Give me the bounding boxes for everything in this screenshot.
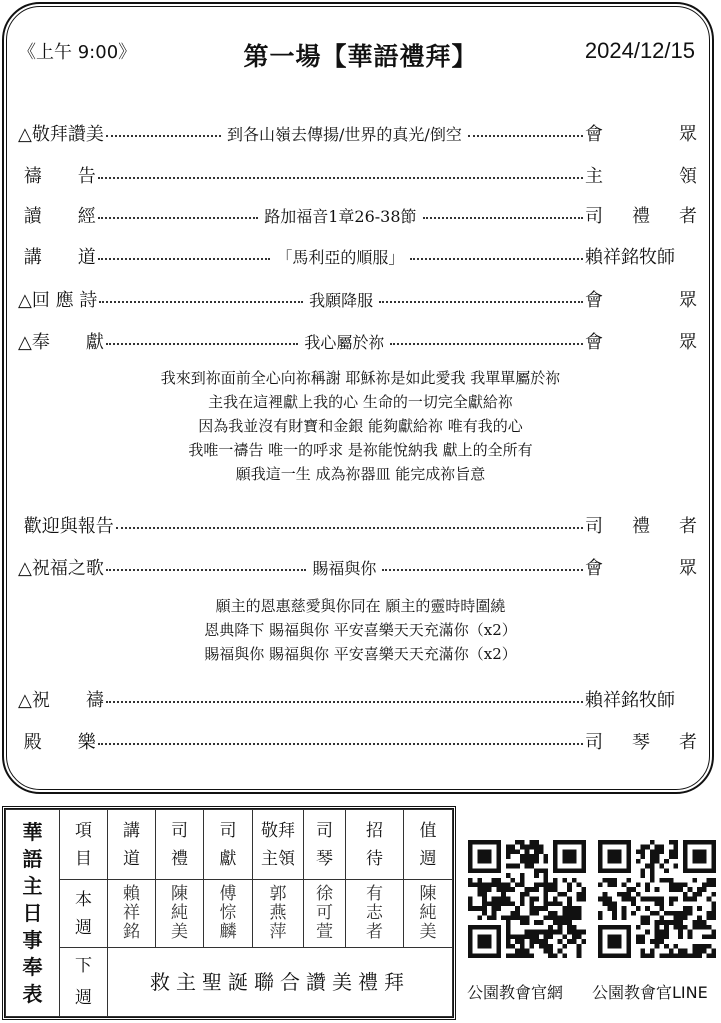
duty-name-cell: 徐可萱	[304, 880, 346, 948]
line-qr-label: 公園教會官LINE	[592, 980, 708, 1003]
order-item-label: △祝 禱	[18, 686, 104, 712]
order-item-label: 殿 樂	[18, 728, 96, 754]
leader-dots: 賜福與你	[106, 556, 583, 579]
duty-name-cell: 賴祥銘	[108, 880, 156, 948]
order-item-leader: 司禮者	[585, 202, 697, 228]
order-item-label: 讀 經	[18, 202, 96, 228]
offering-lyrics: 我來到祢面前全心向祢稱謝 耶穌祢是如此愛我 我單單屬於祢 主我在這裡獻上我的心 …	[0, 366, 721, 486]
leader-dots: 到各山嶺去傳揚/世界的真光/倒空	[106, 122, 583, 145]
leader-char: 會	[585, 120, 603, 146]
item-header: 項目	[60, 810, 108, 880]
order-item-leader: 賴祥銘牧師	[585, 686, 697, 712]
leader-dots: 路加福音1章26-38節	[98, 204, 583, 227]
order-item-content: 到各山嶺去傳揚/世界的真光/倒空	[221, 122, 468, 145]
leader-char: 琴	[632, 728, 650, 754]
order-item-label: 講 道	[18, 243, 96, 269]
leader-char: 禮	[632, 512, 650, 538]
leader-char: 者	[679, 202, 697, 228]
order-item-label: △祝福之歌	[18, 554, 104, 580]
order-item-leader: 賴祥銘牧師	[585, 243, 697, 269]
order-item: 讀 經路加福音1章26-38節司禮者	[18, 200, 697, 230]
role-header: 招待	[346, 810, 404, 880]
lyric-line: 賜福與你 賜福與你 平安喜樂天天充滿你（x2）	[0, 642, 721, 666]
line-qr-code[interactable]	[598, 840, 716, 958]
leader-char: 司	[585, 512, 603, 538]
leader-char: 賴祥銘牧師	[585, 243, 675, 269]
order-item: 殿 樂司琴者	[18, 726, 697, 756]
website-qr-code[interactable]	[468, 840, 586, 958]
leader-char: 賴祥銘牧師	[585, 686, 675, 712]
leader-char: 司	[585, 728, 603, 754]
leader-char: 者	[679, 512, 697, 538]
order-item: 講 道「馬利亞的順服」賴祥銘牧師	[18, 241, 697, 271]
leader-char: 眾	[679, 120, 697, 146]
leader-char: 會	[585, 328, 603, 354]
order-item-content: 「馬利亞的順服」	[270, 245, 410, 268]
role-header: 敬拜主領	[253, 810, 304, 880]
leader-char: 禮	[632, 202, 650, 228]
order-item: △敬拜讚美到各山嶺去傳揚/世界的真光/倒空會眾	[18, 118, 697, 148]
leader-char: 會	[585, 286, 603, 312]
order-item-content: 我心屬於祢	[298, 330, 390, 353]
order-item: 歡迎與報告司禮者	[18, 510, 697, 540]
leader-char: 者	[679, 728, 697, 754]
duty-name-cell: 陳純美	[156, 880, 204, 948]
order-item-leader: 司琴者	[585, 728, 697, 754]
order-item: △回 應 詩我願降服會眾	[18, 284, 697, 314]
next-week-label: 下週	[60, 948, 108, 1017]
lyric-line: 恩典降下 賜福與你 平安喜樂天天充滿你（x2）	[0, 618, 721, 642]
next-week-note: 救主聖誕聯合讚美禮拜	[108, 948, 453, 1017]
order-item-content: 路加福音1章26-38節	[258, 204, 422, 227]
order-item-label: 禱 告	[18, 162, 96, 188]
leader-char: 眾	[679, 286, 697, 312]
role-header: 司禮	[156, 810, 204, 880]
duty-name-cell: 有志者	[346, 880, 404, 948]
lyric-line: 願我這一生 成為祢器皿 能完成祢旨意	[0, 462, 721, 486]
role-header: 值週	[404, 810, 453, 880]
lyric-line: 因為我並沒有財寶和金銀 能夠獻給祢 唯有我的心	[0, 414, 721, 438]
lyric-line: 我來到祢面前全心向祢稱謝 耶穌祢是如此愛我 我單單屬於祢	[0, 366, 721, 390]
leader-char: 領	[679, 162, 697, 188]
leader-char: 司	[585, 202, 603, 228]
lyric-line: 願主的恩惠慈愛與你同在 願主的靈時時圍繞	[0, 594, 721, 618]
blessing-lyrics: 願主的恩惠慈愛與你同在 願主的靈時時圍繞 恩典降下 賜福與你 平安喜樂天天充滿你…	[0, 594, 721, 666]
order-item-label: △回 應 詩	[18, 286, 97, 312]
order-item-label: △敬拜讚美	[18, 120, 104, 146]
order-item: 禱 告主領	[18, 160, 697, 190]
leader-char: 主	[585, 162, 603, 188]
website-qr-label: 公園教會官網	[467, 980, 563, 1003]
leader-dots	[106, 695, 583, 703]
order-item-content: 賜福與你	[306, 556, 382, 579]
order-item-leader: 會眾	[585, 286, 697, 312]
this-week-label: 本週	[60, 880, 108, 948]
order-item-leader: 司禮者	[585, 512, 697, 538]
duty-name-cell: 傅悰麟	[204, 880, 253, 948]
leader-dots: 我心屬於祢	[106, 330, 583, 353]
role-header: 司獻	[204, 810, 253, 880]
service-date: 2024/12/15	[585, 38, 695, 64]
lyric-line: 主我在這裡獻上我的心 生命的一切完全獻給祢	[0, 390, 721, 414]
duty-name-cell: 郭燕萍	[253, 880, 304, 948]
leader-char: 眾	[679, 554, 697, 580]
order-item-leader: 主領	[585, 162, 697, 188]
role-header: 司琴	[304, 810, 346, 880]
duty-roster-table: 華語主日事奉表 項目 講道 司禮 司獻 敬拜主領 司琴 招待 值週 本週 賴祥銘…	[2, 806, 456, 1020]
order-item-leader: 會眾	[585, 554, 697, 580]
leader-dots	[98, 737, 583, 745]
order-item-content: 我願降服	[303, 288, 379, 311]
order-item-leader: 會眾	[585, 328, 697, 354]
role-header: 講道	[108, 810, 156, 880]
order-item-label: 歡迎與報告	[18, 512, 114, 538]
duty-table-title: 華語主日事奉表	[6, 810, 60, 1017]
order-item: △祝福之歌賜福與你會眾	[18, 552, 697, 582]
leader-dots	[116, 521, 583, 529]
lyric-line: 我唯一禱告 唯一的呼求 是祢能悅納我 獻上的全所有	[0, 438, 721, 462]
duty-name-cell: 陳純美	[404, 880, 453, 948]
order-item: △祝 禱賴祥銘牧師	[18, 684, 697, 714]
order-item-label: △奉 獻	[18, 328, 104, 354]
leader-char: 會	[585, 554, 603, 580]
leader-dots	[98, 171, 583, 179]
leader-dots: 我願降服	[99, 288, 583, 311]
order-item-leader: 會眾	[585, 120, 697, 146]
leader-char: 眾	[679, 328, 697, 354]
order-item: △奉 獻我心屬於祢會眾	[18, 326, 697, 356]
leader-dots: 「馬利亞的順服」	[98, 245, 583, 268]
